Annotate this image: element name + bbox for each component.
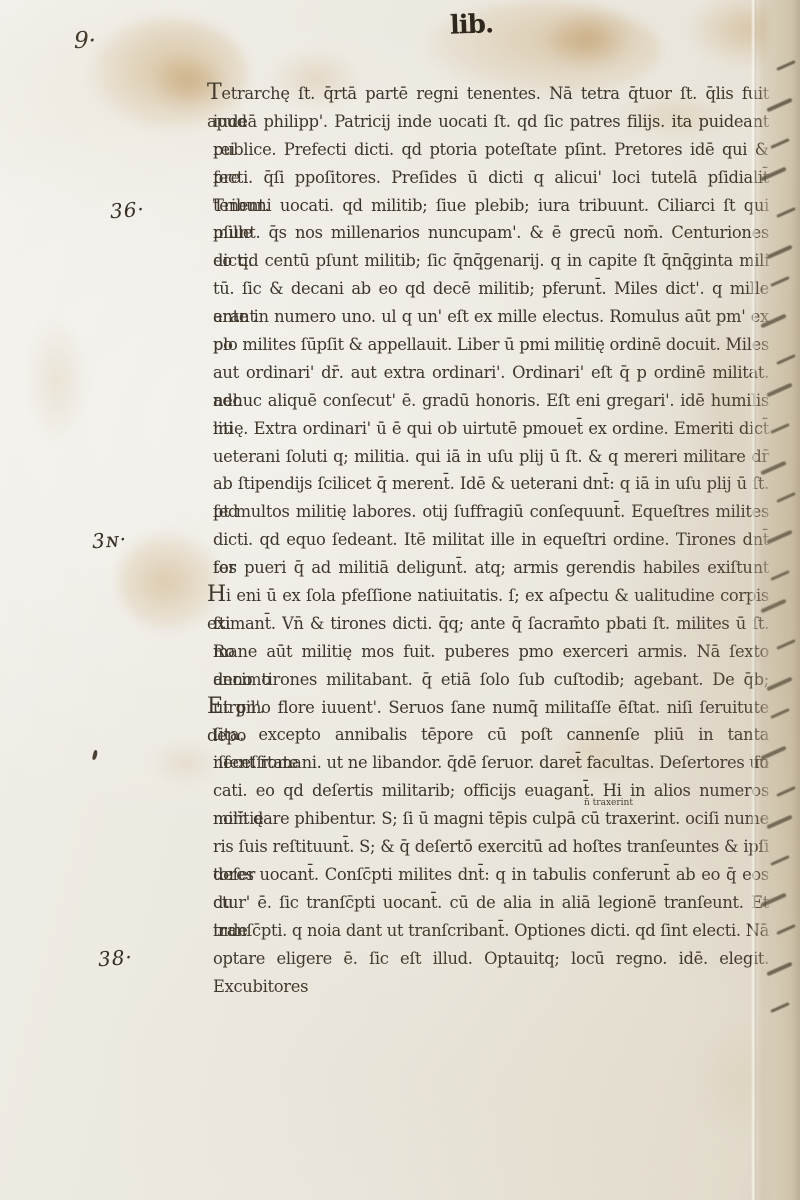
text-line: mane aūt militię mos fuit. puberes pmo e…: [213, 638, 769, 666]
parchment-stain: [540, 8, 635, 70]
adjacent-page-text-fragment: [760, 461, 786, 476]
parchment-stain: [26, 315, 88, 445]
adjacent-page-text-fragment: [770, 855, 789, 866]
text-line: dicti. qd equo ſedeant. Itē militat ille…: [213, 526, 769, 554]
adjacent-page-text-fragment: [776, 786, 795, 797]
manuscript-text-block: Tetrarchę ſt. q̄rtā partē regni tenentes…: [213, 80, 769, 973]
text-line: cati. eo qd deſertis militarib; officijs…: [213, 777, 769, 805]
adjacent-page-fore-edge: [754, 0, 800, 1200]
text-line: ctur' ē. ſic tranſc̄pti uocant̄. cū de a…: [213, 889, 769, 917]
text-line: anno tirones militabant. q̄ etiā ſolo ſu…: [213, 666, 769, 694]
adjacent-page-text-fragment: [770, 138, 789, 149]
text-line: pt multos militię labores. otij ſuffragi…: [213, 498, 769, 526]
text-line: ſtimant̄. Vn̄ & tirones dicti. q̄q; ante…: [213, 610, 769, 638]
text-line: pſunt. q̄s nos millenarios nuncupam'. & …: [213, 219, 769, 247]
ink-speck: [92, 750, 98, 761]
adjacent-page-text-fragment: [766, 815, 792, 830]
running-header-mark: lib.: [449, 9, 493, 40]
adjacent-page-text-fragment: [766, 962, 792, 977]
adjacent-page-text-fragment: [770, 423, 789, 434]
adjacent-page-text-fragment: [776, 639, 795, 650]
text-line: eo qd centū pſunt militib; ſic q̄nq̄gena…: [213, 247, 769, 275]
margin-mark: 38·: [97, 945, 133, 971]
text-line: iudeā philipp'. Patricij inde uocati ſt.…: [213, 108, 769, 136]
text-line: fecti. q̄ſi ppoſitores. Preſides ū dicti…: [213, 164, 769, 192]
text-line: tores uocant̄. Conſc̄pti milites dnt̄: q…: [213, 861, 769, 889]
text-line: ante in numero uno. ul q un' eſt ex mill…: [213, 303, 769, 331]
adjacent-page-text-fragment: [760, 893, 786, 908]
folio-number-mark: 9·: [74, 28, 96, 54]
adjacent-page-text-fragment: [760, 314, 786, 329]
manuscript-page-photo: lib. 9· 36· 3ɴ· 38· Tetrarchę ſt. q̄rtā …: [0, 0, 800, 1200]
margin-mark: 36·: [109, 197, 145, 223]
text-line: Hi eni ū ex ſola pfeſſione natiuitatis. …: [207, 582, 769, 610]
interlinear-gloss: n̄ traxerint: [584, 798, 633, 808]
text-line: adhuc aliquē conſecut' ē. gradū honoris.…: [213, 387, 769, 415]
text-line: ueterani ſoluti q; militia. qui iā in uſ…: [213, 443, 769, 471]
adjacent-page-text-fragment: [760, 746, 786, 761]
text-line: ris ſuis reſtituunt̄. S; & q̄ deſertō ex…: [213, 833, 769, 861]
adjacent-page-text-fragment: [770, 1002, 789, 1013]
adjacent-page-text-fragment: [760, 599, 786, 614]
adjacent-page-text-fragment: [766, 530, 792, 545]
margin-mark: 3ɴ·: [91, 527, 128, 553]
text-line: iſſent romani. ut ne libandor. q̄dē ſeru…: [213, 749, 769, 777]
adjacent-page-text-fragment: [770, 570, 789, 581]
text-line: ſita. excepto annibalis tēpore cū poſt c…: [213, 721, 769, 749]
adjacent-page-text-fragment: [776, 60, 795, 71]
adjacent-page-text-fragment: [760, 167, 786, 182]
text-line: aut ordinari' dr̄. aut extra ordinari'. …: [213, 359, 769, 387]
text-line: Tribuni uocati. qd militib; ſiue plebib;…: [213, 192, 769, 220]
text-line: tū. ſic & decani ab eo qd decē militib; …: [213, 275, 769, 303]
adjacent-page-text-fragment: [770, 276, 789, 287]
adjacent-page-text-fragment: [776, 492, 795, 503]
adjacent-page-text-fragment: [766, 245, 792, 260]
text-line: ab ſtipendijs ſcilicet q̄ merent̄. Idē &…: [213, 470, 769, 498]
adjacent-page-text-fragment: [776, 354, 795, 365]
adjacent-page-text-fragment: [776, 207, 795, 218]
adjacent-page-text-fragment: [770, 708, 789, 719]
text-line: nom̄ dare phibentur. S; ſi ū magni tēpis…: [213, 805, 769, 833]
text-line: litię. Extra ordinari' ū ē qui ob uirtut…: [213, 415, 769, 443]
adjacent-page-text-fragment: [776, 924, 795, 935]
text-line: Tetrarchę ſt. q̄rtā partē regni tenentes…: [207, 80, 769, 108]
adjacent-page-text-fragment: [766, 98, 792, 113]
adjacent-page-text-fragment: [766, 383, 792, 398]
text-line: plo milites ſūpſit & appellauit. Liber ū…: [213, 331, 769, 359]
text-line: Et pmo flore iuuent'. Seruos ſane numq̄ …: [207, 694, 769, 722]
text-line: optare eligere ē. ſic eſt illud. Optauit…: [213, 945, 769, 973]
text-line: tranſc̄pti. q noia dant ut tranſcribant̄…: [213, 917, 769, 945]
adjacent-page-text-fragment: [766, 677, 792, 692]
text-line: publice. Prefecti dicti. qd ptoria poteſ…: [213, 136, 769, 164]
text-line: tes pueri q̄ ad militiā deligunt̄. atq; …: [213, 554, 769, 582]
